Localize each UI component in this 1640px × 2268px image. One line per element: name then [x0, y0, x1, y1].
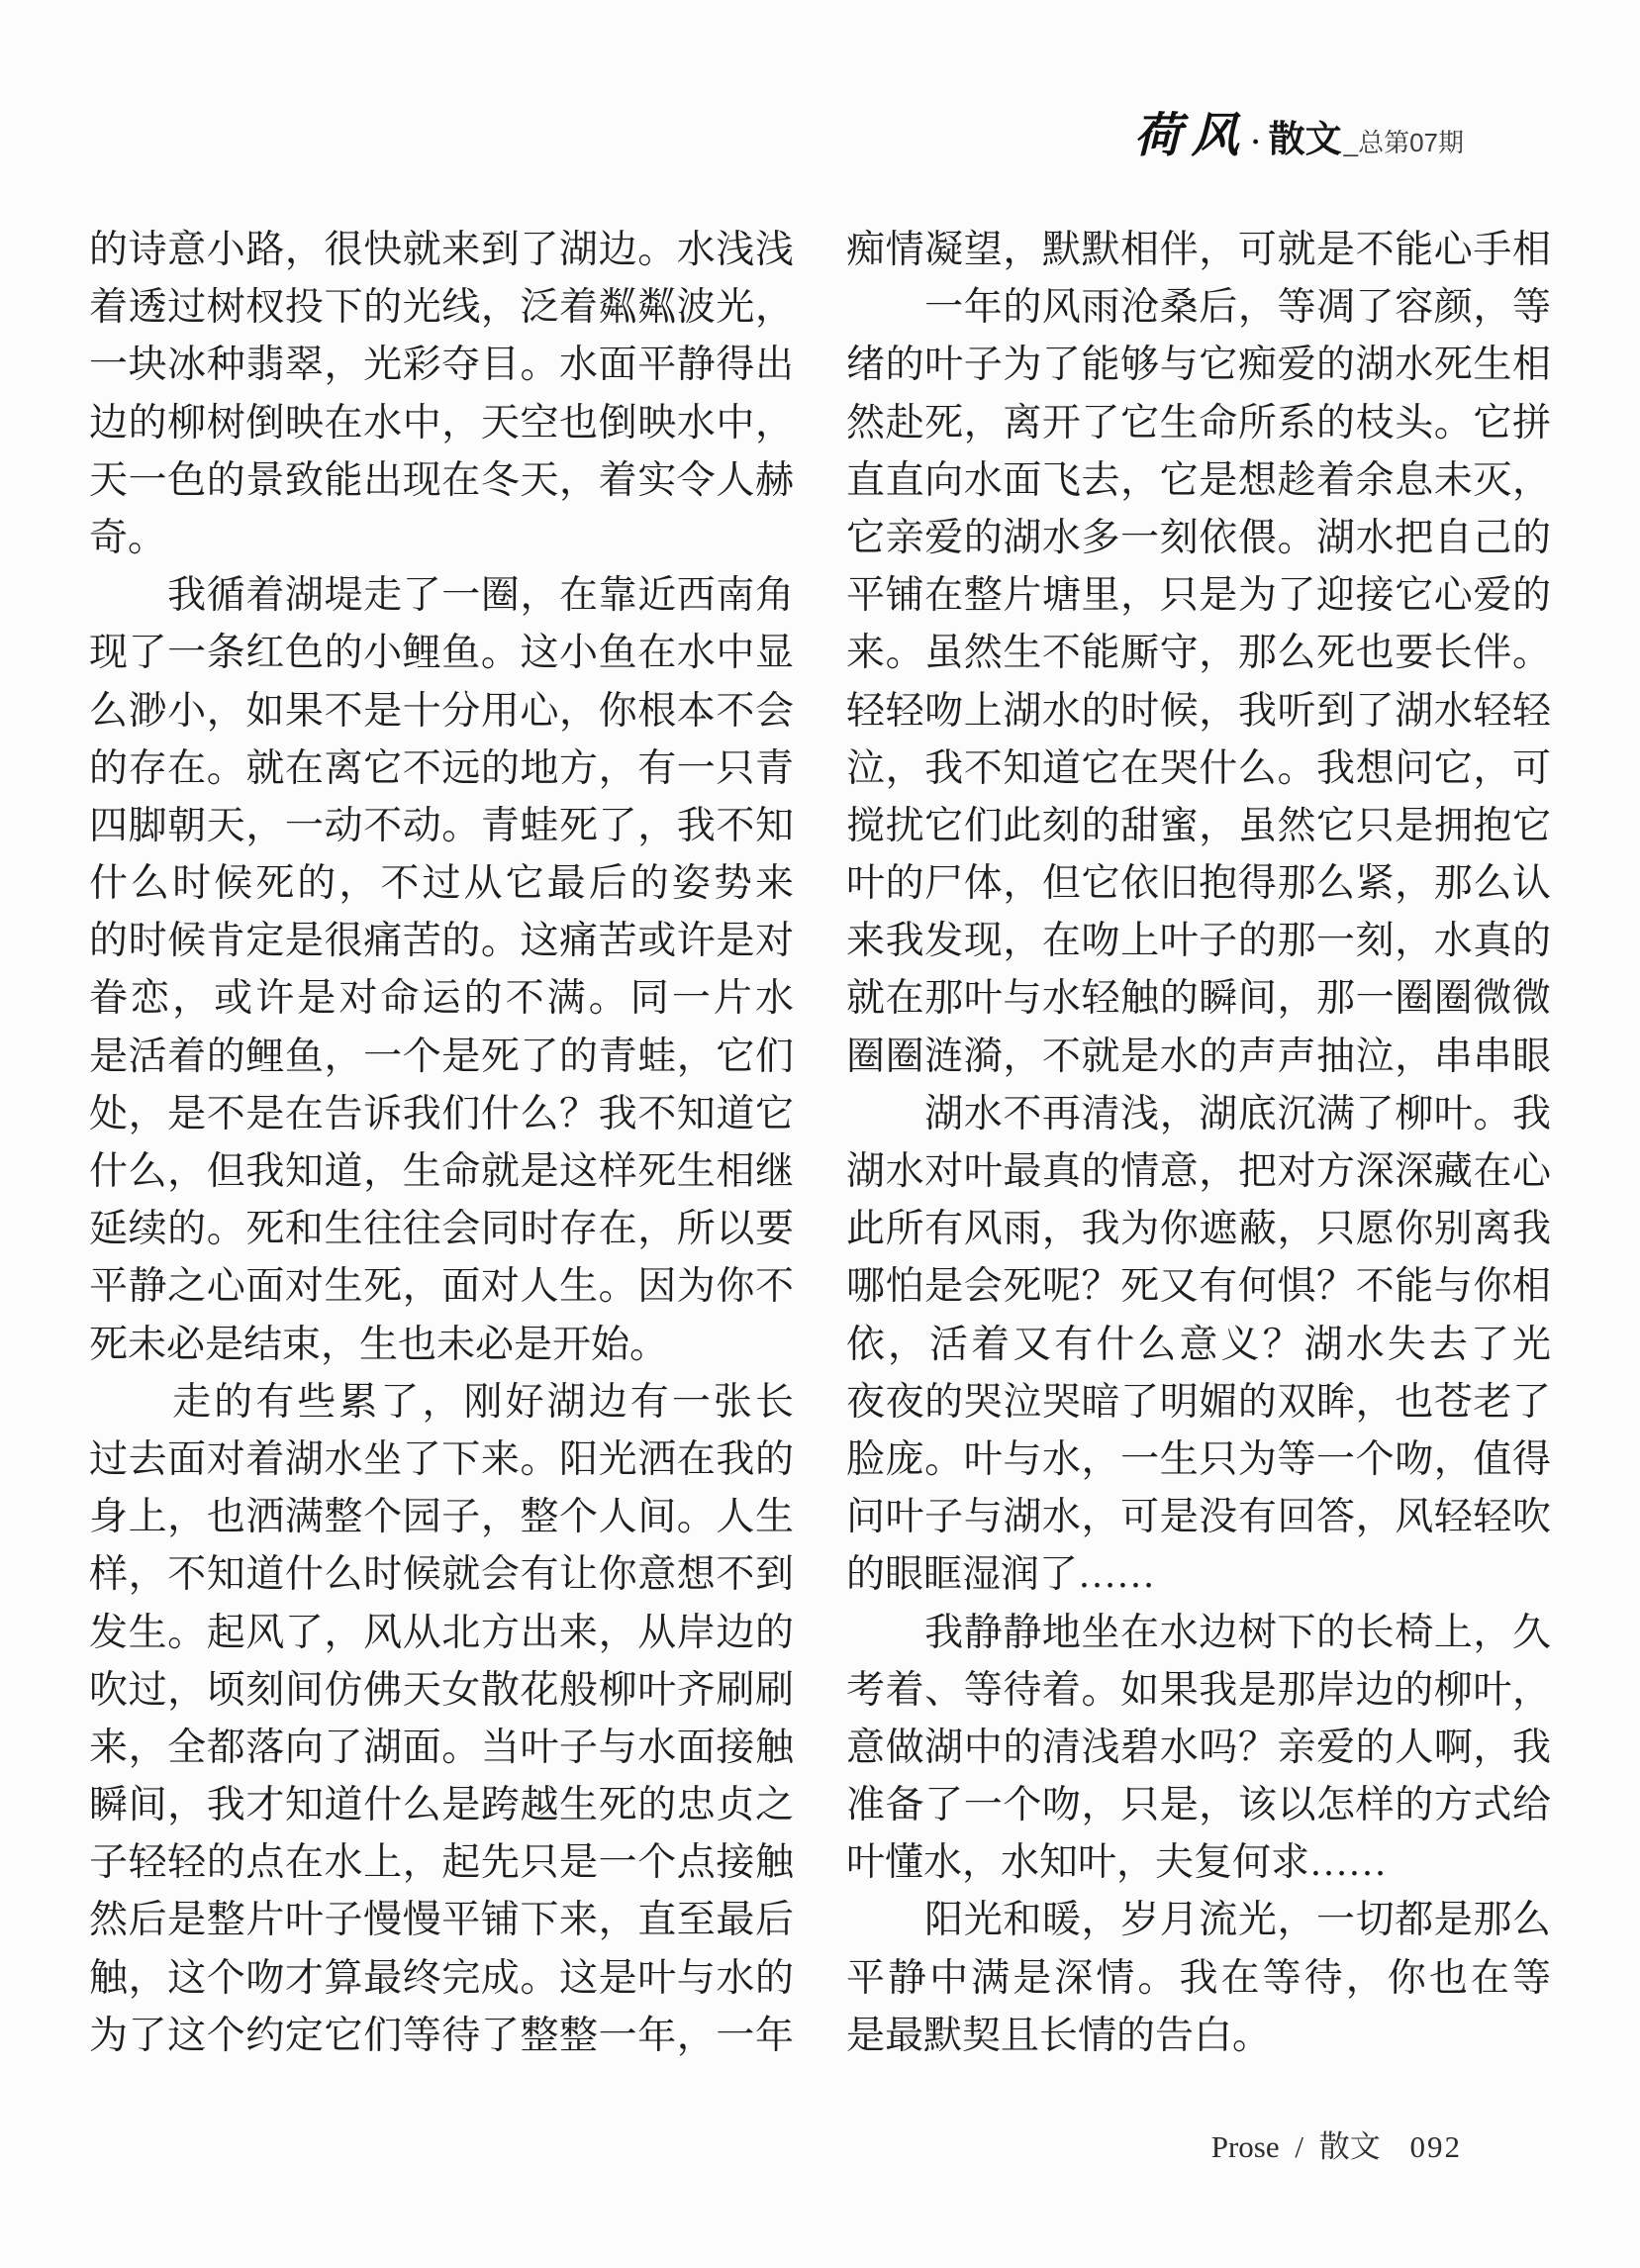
issue-number-label: _总第07期 — [1344, 123, 1464, 159]
text-line: 延续的。死和生往往会同时存在，所以要以一颗 — [89, 1201, 794, 1258]
text-line: 平静中满是深情。我在等待，你也在等待，等待 — [846, 1950, 1551, 2008]
footer-prose-label: Prose — [1211, 2129, 1280, 2164]
text-line: 脸庞。叶与水，一生只为等一个吻，值得吗？我 — [846, 1431, 1551, 1489]
text-line: 的时候肯定是很痛苦的。这痛苦或许是对红尘的 — [89, 913, 794, 970]
text-line: 来我发现，在吻上叶子的那一刻，水真的哭了， — [846, 913, 1551, 970]
text-line: 夜夜的哭泣哭暗了明媚的双眸，也苍老了青春的 — [846, 1374, 1551, 1431]
magazine-page: { "theme": { "page_background": "#fcfcfc… — [0, 0, 1640, 2268]
text-line: 叶懂水，水知叶，夫复何求…… — [846, 1834, 1551, 1892]
text-line: 边的柳树倒映在水中，天空也倒映水中，这种水 — [89, 395, 794, 452]
left-text-column: 的诗意小路，很快就来到了湖边。水浅浅的，映着透过树杈投下的光线，泛着粼粼波光，好… — [89, 222, 794, 2065]
text-line: 样，不知道什么时候就会有让你意想不到的事情 — [89, 1546, 794, 1604]
text-line: 天一色的景致能出现在冬天，着实令人赫赫称 — [89, 452, 794, 510]
text-line: 然赴死，离开了它生命所系的枝头。它拼尽全力 — [846, 395, 1551, 452]
text-line: 身上，也洒满整个园子，整个人间。人生就是这 — [89, 1489, 794, 1546]
text-line: 轻轻吻上湖水的时候，我听到了湖水轻轻地哭 — [846, 683, 1551, 740]
text-line: 哪怕是会死呢？死又有何惧？不能与你相伴相 — [846, 1258, 1551, 1316]
text-line: 平静之心面对生死，面对人生。因为你不知道， — [89, 1258, 794, 1316]
text-line: 的存在。就在离它不远的地方，有一只青蛙，它 — [89, 740, 794, 798]
text-line: 处，是不是在告诉我们什么？我不知道它们要说 — [89, 1086, 794, 1143]
text-line: 泣，我不知道它在哭什么。我想问它，可又不想 — [846, 740, 1551, 798]
page-footer: Prose / 散文 092 — [1211, 2121, 1462, 2166]
text-line: 为了这个约定它们等待了整整一年，一年里彼此 — [89, 2008, 794, 2065]
text-line: 的眼眶湿润了…… — [846, 1546, 1551, 1604]
magazine-logo: 荷风 · 散文 _总第07期 — [1134, 97, 1464, 165]
text-line: 我静静地坐在水边树下的长椅上，久久地思 — [846, 1605, 1551, 1662]
text-line: 就在那叶与水轻触的瞬间，那一圈圈微微泛起的 — [846, 970, 1551, 1028]
text-line: 然后是整片叶子慢慢平铺下来，直至最后完全接 — [89, 1892, 794, 1949]
text-line: 阳光和暖，岁月流光，一切都是那么平静， — [846, 1892, 1551, 1949]
text-line: 湖水对叶最真的情意，把对方深深藏在心底。从 — [846, 1143, 1551, 1201]
text-line: 绪的叶子为了能够与它痴爱的湖水死生相依，决 — [846, 337, 1551, 394]
text-line: 痴情凝望，默默相伴，可就是不能心手相牵。 — [846, 222, 1551, 279]
text-line: 圈圈涟漪，不就是水的声声抽泣，串串眼泪吗？ — [846, 1029, 1551, 1086]
text-line: 是最默契且长情的告白。 — [846, 2008, 1551, 2065]
text-line: 走的有些累了，刚好湖边有一张长椅，我走 — [89, 1374, 794, 1431]
text-line: 是活着的鲤鱼，一个是死了的青蛙，它们同处一 — [89, 1029, 794, 1086]
text-line: 死未必是结束，生也未必是开始。 — [89, 1317, 794, 1374]
text-line: 问叶子与湖水，可是没有回答，风轻轻吹着，我 — [846, 1489, 1551, 1546]
text-line: 搅扰它们此刻的甜蜜，虽然它只是拥抱它深爱的 — [846, 798, 1551, 855]
text-line: 此所有风雨，我为你遮蔽，只愿你别离我而去， — [846, 1201, 1551, 1258]
text-line: 考着、等待着。如果我是那岸边的柳叶，你会愿 — [846, 1662, 1551, 1720]
right-text-column: 痴情凝望，默默相伴，可就是不能心手相牵。 一年的风雨沧桑后，等凋了容颜，等枯了心… — [846, 222, 1551, 2065]
text-line: 子轻轻的点在水上，起先只是一个点接触水面， — [89, 1834, 794, 1892]
text-line: 四脚朝天，一动不动。青蛙死了，我不知道它是 — [89, 798, 794, 855]
text-line: 准备了一个吻，只是，该以怎样的方式给你啊？ — [846, 1777, 1551, 1834]
text-line: 吹过，顷刻间仿佛天女散花般柳叶齐刷刷飘落下 — [89, 1662, 794, 1720]
text-line: 它亲爱的湖水多一刻依偎。湖水把自己的心和爱 — [846, 510, 1551, 567]
text-line: 直直向水面飞去，它是想趁着余息未灭，能够与 — [846, 452, 1551, 510]
text-line: 意做湖中的清浅碧水吗？亲爱的人啊，我为你也 — [846, 1720, 1551, 1777]
text-line: 一块冰种翡翠，光彩夺目。水面平静得出奇，岸 — [89, 337, 794, 394]
footer-page-number: 092 — [1410, 2129, 1463, 2164]
brand-separator-dot: · — [1251, 126, 1261, 159]
brand-section-title: 散文 — [1269, 109, 1342, 162]
footer-separator: / — [1295, 2129, 1303, 2164]
text-line: 着透过树杈投下的光线，泛着粼粼波光，好像是 — [89, 279, 794, 337]
text-line: 来。虽然生不能厮守，那么死也要长伴。当叶子 — [846, 625, 1551, 682]
footer-section-label: 散文 — [1319, 2129, 1381, 2164]
text-line: 一年的风雨沧桑后，等凋了容颜，等枯了心 — [846, 279, 1551, 337]
text-line: 平铺在整片塘里，只是为了迎接它心爱的叶的到 — [846, 567, 1551, 625]
text-line: 眷恋，或许是对命运的不满。同一片水中，一个 — [89, 970, 794, 1028]
text-line: 来，全都落向了湖面。当叶子与水面接触的那一 — [89, 1720, 794, 1777]
text-line: 什么时候死的，不过从它最后的姿势来看，它死 — [89, 855, 794, 913]
text-line: 奇。 — [89, 510, 794, 567]
text-line: 触，这个吻才算最终完成。这是叶与水的约定， — [89, 1950, 794, 2008]
text-line: 发生。起风了，风从北方出来，从岸边的柳树间 — [89, 1605, 794, 1662]
text-line: 我循着湖堤走了一圈，在靠近西南角上，发 — [89, 567, 794, 625]
text-line: 叶的尸体，但它依旧抱得那么紧，那么认真。后 — [846, 855, 1551, 913]
text-line: 瞬间，我才知道什么是跨越生死的忠贞之吻。叶 — [89, 1777, 794, 1834]
brand-script-title: 荷风 — [1134, 97, 1249, 165]
text-line: 湖水不再清浅，湖底沉满了柳叶。我想这是 — [846, 1086, 1551, 1143]
text-line: 的诗意小路，很快就来到了湖边。水浅浅的，映 — [89, 222, 794, 279]
text-line: 过去面对着湖水坐了下来。阳光洒在我的脸上， — [89, 1431, 794, 1489]
text-line: 依，活着又有什么意义？湖水失去了光华，日日 — [846, 1317, 1551, 1374]
text-line: 现了一条红色的小鲤鱼。这小鱼在水中显得是那 — [89, 625, 794, 682]
text-line: 么渺小，如果不是十分用心，你根本不会发现它 — [89, 683, 794, 740]
text-line: 什么，但我知道，生命就是这样死生相继而得以 — [89, 1143, 794, 1201]
